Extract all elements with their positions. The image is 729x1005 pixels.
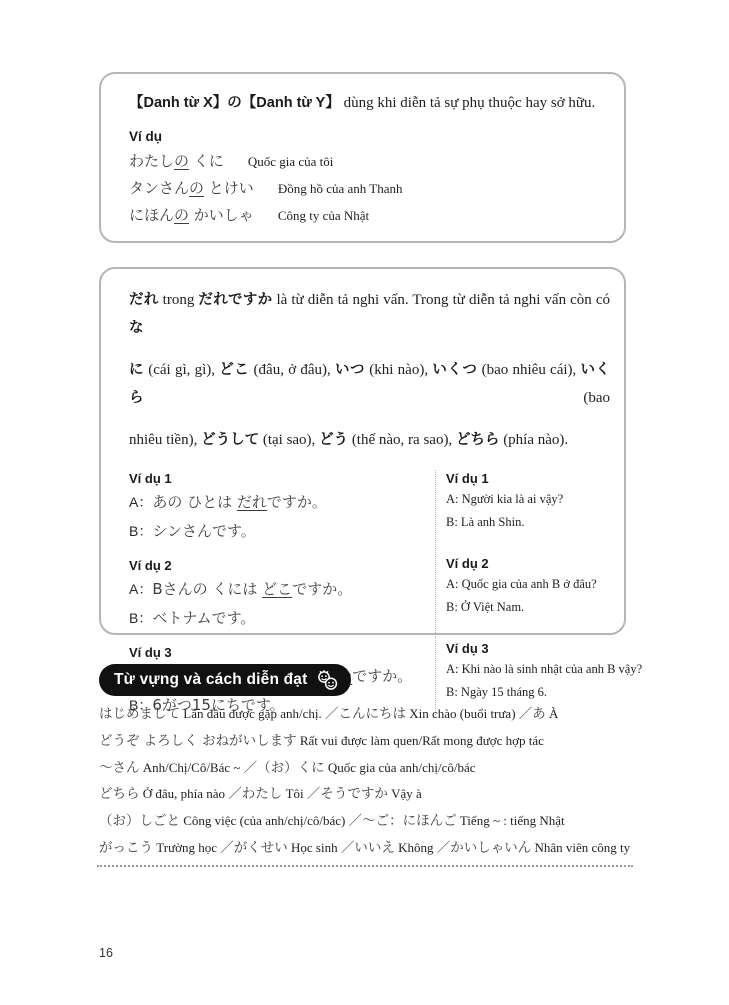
dialogue-line-b: B: Ở Việt Nam. (446, 596, 642, 619)
section-divider (97, 865, 633, 867)
vietnamese-examples-column: Ví dụ 1 A: Người kia là ai vậy? B: Là an… (436, 470, 642, 731)
section-header-vocabulary: Từ vựng và cách diễn đạt (99, 664, 351, 696)
example-block: Ví dụ 2 A：Bさんの くには どこですか。 B：ベトナムです。 (129, 557, 435, 633)
vocabulary-line: がっこう Trường học ／がくせい Học sinh ／いいえ Khôn… (99, 835, 633, 862)
grammar-rule-title: 【Danh từ X】の【Danh từ Y】 dùng khi diễn tả… (129, 92, 610, 114)
example-label: Ví dụ 2 (129, 557, 435, 575)
dialogue-line-b: B: Là anh Shin. (446, 511, 642, 534)
example-label: Ví dụ 1 (129, 470, 435, 488)
example-line: わたしの くにQuốc gia của tôi (129, 148, 610, 175)
section-header-label: Từ vựng và cách diễn đạt (114, 671, 308, 689)
example-label: Ví dụ 1 (446, 470, 642, 488)
vietnamese-translation: Công ty của Nhật (278, 208, 369, 223)
vietnamese-translation: Quốc gia của tôi (248, 154, 334, 169)
example-block: Ví dụ 2 A: Quốc gia của anh B ở đâu? B: … (446, 555, 642, 619)
vocabulary-line: ～さん Anh/Chị/Cô/Bác ~ ／（お）くに Quốc gia của… (99, 755, 633, 782)
example-block: Ví dụ 1 A: Người kia là ai vậy? B: Là an… (446, 470, 642, 534)
dialogue-line-a: A: Khi nào là sinh nhật của anh B vậy? (446, 658, 642, 681)
grammar-box-question-words: だれ trong だれですか là từ diễn tả nghi vấn. T… (99, 267, 626, 635)
dialogue-line-b: B：シンさんです。 (129, 517, 435, 546)
example-block: Ví dụ 1 A：あの ひとは だれですか。 B：シンさんです。 (129, 470, 435, 546)
paragraph-line: nhiêu tiền), どうして (tại sao), どう (thế nào… (129, 427, 610, 455)
example-block: Ví dụ 3 A: Khi nào là sinh nhật của anh … (446, 640, 642, 704)
grammar-box-no-particle: 【Danh từ X】の【Danh từ Y】 dùng khi diễn tả… (99, 72, 626, 243)
example-label: Ví dụ 3 (129, 644, 435, 662)
dialogue-line-a: A：Bさんの くには どこですか。 (129, 575, 435, 604)
japanese-phrase: わたしの くに (129, 154, 224, 170)
dialogue-line-a: A：あの ひとは だれですか。 (129, 488, 435, 517)
japanese-phrase: タンさんの とけい (129, 181, 254, 197)
example-label: Ví dụ 3 (446, 640, 642, 658)
dialogue-line-b: B：ベトナムです。 (129, 604, 435, 633)
paragraph-line: だれ trong だれですか là từ diễn tả nghi vấn. T… (129, 287, 610, 342)
two-smiley-faces-icon (315, 669, 340, 692)
dialogue-line-a: A: Người kia là ai vậy? (446, 488, 642, 511)
paragraph-line: に (cái gì, gì), どこ (đâu, ở đâu), いつ (khi… (129, 357, 610, 412)
example-label: Ví dụ 2 (446, 555, 642, 573)
page-number: 16 (99, 946, 113, 960)
vocabulary-list: はじめまして Lần đầu được gặp anh/chị. ／こんにちは … (99, 701, 633, 862)
textbook-page: 【Danh từ X】の【Danh từ Y】 dùng khi diễn tả… (0, 0, 729, 1005)
example-line: にほんの かいしゃCông ty của Nhật (129, 202, 610, 229)
example-line: タンさんの とけいĐồng hồ của anh Thanh (129, 175, 610, 202)
japanese-phrase: にほんの かいしゃ (129, 208, 254, 224)
vocabulary-line: （お）しごと Công việc (của anh/chị/cô/bác) ／～… (99, 808, 633, 835)
vocabulary-line: どうぞ よろしく おねがいします Rất vui được làm quen/R… (99, 728, 633, 755)
dialogue-line-a: A: Quốc gia của anh B ở đâu? (446, 573, 642, 596)
grammar-rule-paragraph: だれ trong だれですか là từ diễn tả nghi vấn. T… (129, 287, 610, 455)
vocabulary-line: どちら Ở đâu, phía nào ／わたし Tôi ／そうですか Vậy … (99, 781, 633, 808)
example-label: Ví dụ (129, 129, 610, 144)
vocabulary-line: はじめまして Lần đầu được gặp anh/chị. ／こんにちは … (99, 701, 633, 728)
vietnamese-translation: Đồng hồ của anh Thanh (278, 181, 403, 196)
